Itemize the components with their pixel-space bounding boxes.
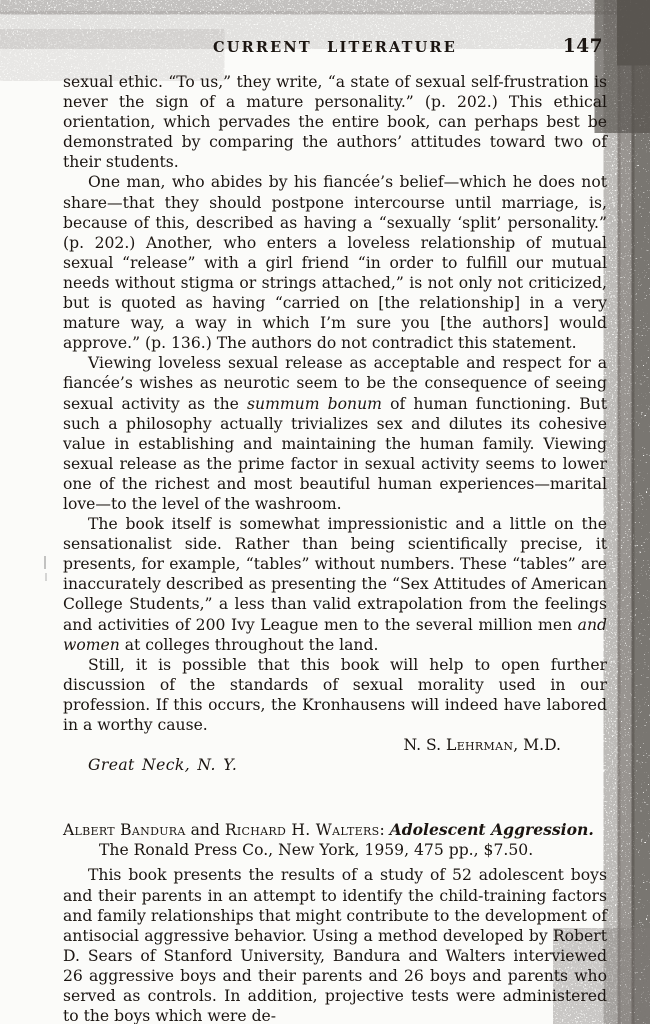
body-paragraph: The book itself is somewhat impressionis…	[63, 514, 607, 655]
heading-separator: :	[379, 821, 389, 839]
scanned-journal-page: CURRENT LITERATURE 147 sexual ethic. “To…	[0, 0, 650, 1024]
body-paragraph: One man, who abides by his fiancée’s bel…	[63, 172, 607, 353]
review-bandura: Albert Bandura and Richard H. Walters: A…	[63, 820, 607, 1024]
body-paragraph: This book presents the results of a stud…	[63, 865, 607, 1024]
paragraph-text: at colleges throughout the land.	[120, 636, 379, 654]
latin-phrase-italic: summum bonum	[247, 395, 382, 413]
review-kronhausen: sexual ethic. “To us,” they write, “a st…	[63, 72, 607, 775]
paragraph-text: The book itself is somewhat impressionis…	[63, 515, 607, 633]
signature-initials: N. S.	[403, 736, 446, 754]
running-head-title: CURRENT LITERATURE	[63, 36, 607, 56]
publisher-line: The Ronald Press Co., New York, 1959, 47…	[99, 841, 533, 859]
book-title: Adolescent Aggression.	[390, 820, 594, 839]
running-head: CURRENT LITERATURE 147	[63, 36, 607, 60]
body-paragraph: Still, it is possible that this book wil…	[63, 655, 607, 735]
signature-surname: Lehrman	[446, 736, 513, 754]
signature-degree: , M.D.	[513, 736, 561, 754]
heading-conjunction: and	[186, 821, 225, 839]
author-name: Albert Bandura	[63, 821, 186, 839]
body-paragraph: sexual ethic. “To us,” they write, “a st…	[63, 72, 607, 172]
text-column: sexual ethic. “To us,” they write, “a st…	[63, 72, 607, 1024]
author-name: Richard H. Walters	[225, 821, 380, 839]
body-paragraph: Viewing loveless sexual release as accep…	[63, 353, 607, 514]
page-number: 147	[563, 36, 603, 57]
margin-pencil-mark	[44, 556, 46, 569]
reviewer-location: Great Neck, N. Y.	[63, 755, 607, 775]
review-heading: Albert Bandura and Richard H. Walters: A…	[63, 820, 607, 860]
reviewer-signature: N. S. Lehrman, M.D.	[63, 735, 607, 755]
margin-pencil-mark	[45, 573, 47, 581]
